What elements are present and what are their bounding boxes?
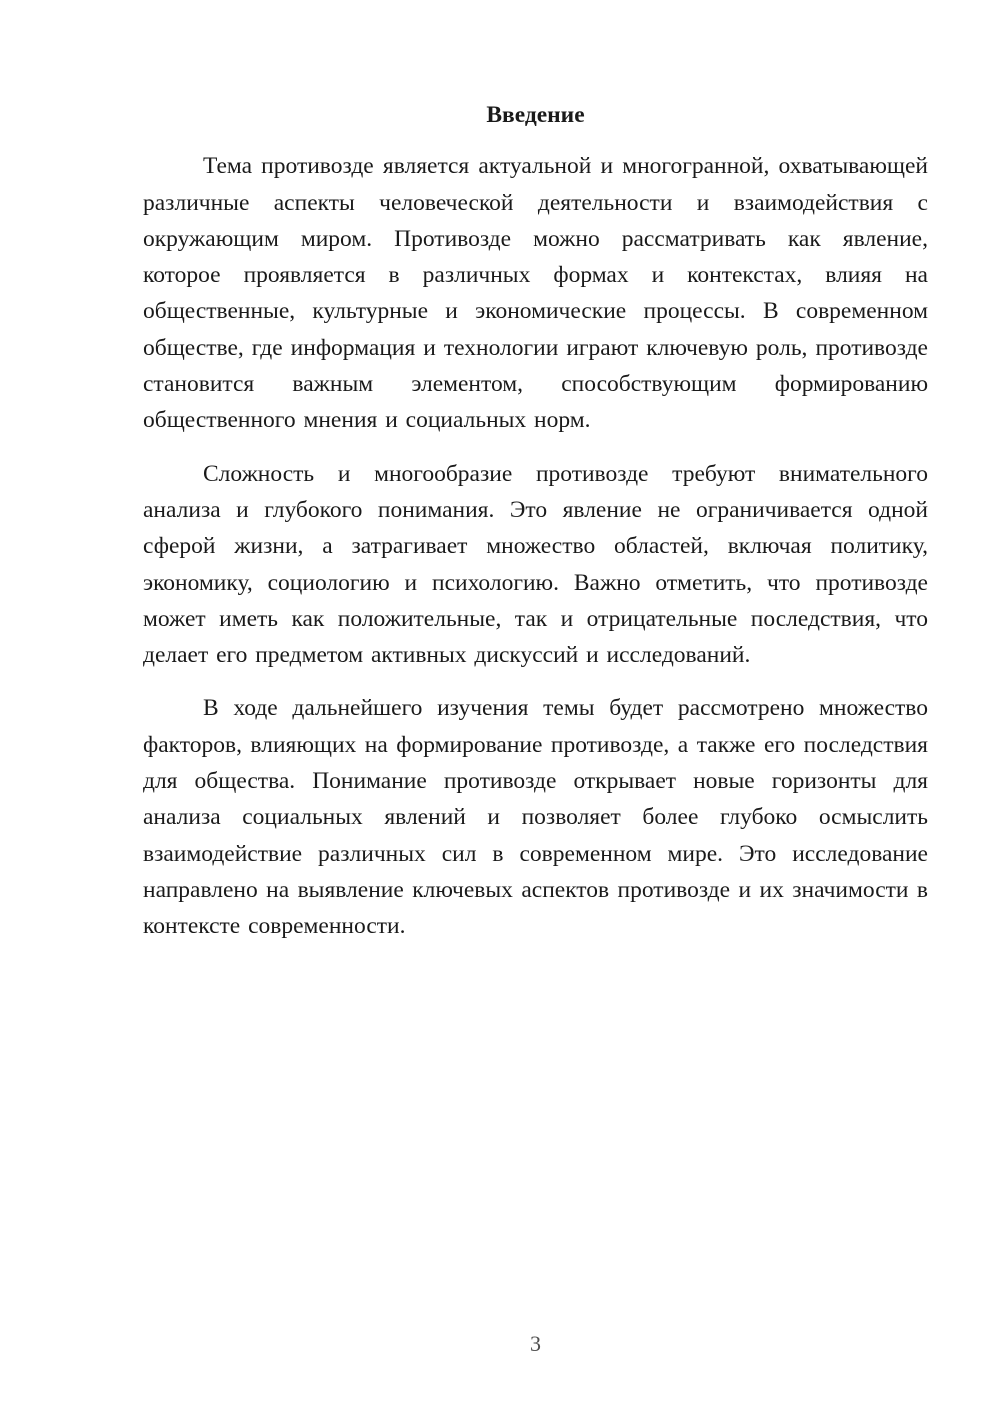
paragraph-1: Тема противозде является актуальной и мн… — [143, 148, 928, 438]
document-page: Введение Тема противозде является актуал… — [0, 0, 1000, 1414]
page-footer: 3 — [143, 1330, 928, 1358]
paragraph-3: В ходе дальнейшего изучения темы будет р… — [143, 690, 928, 944]
page-title: Введение — [143, 97, 928, 133]
paragraph-2: Сложность и многообразие противозде треб… — [143, 456, 928, 674]
page-number: 3 — [530, 1331, 541, 1356]
